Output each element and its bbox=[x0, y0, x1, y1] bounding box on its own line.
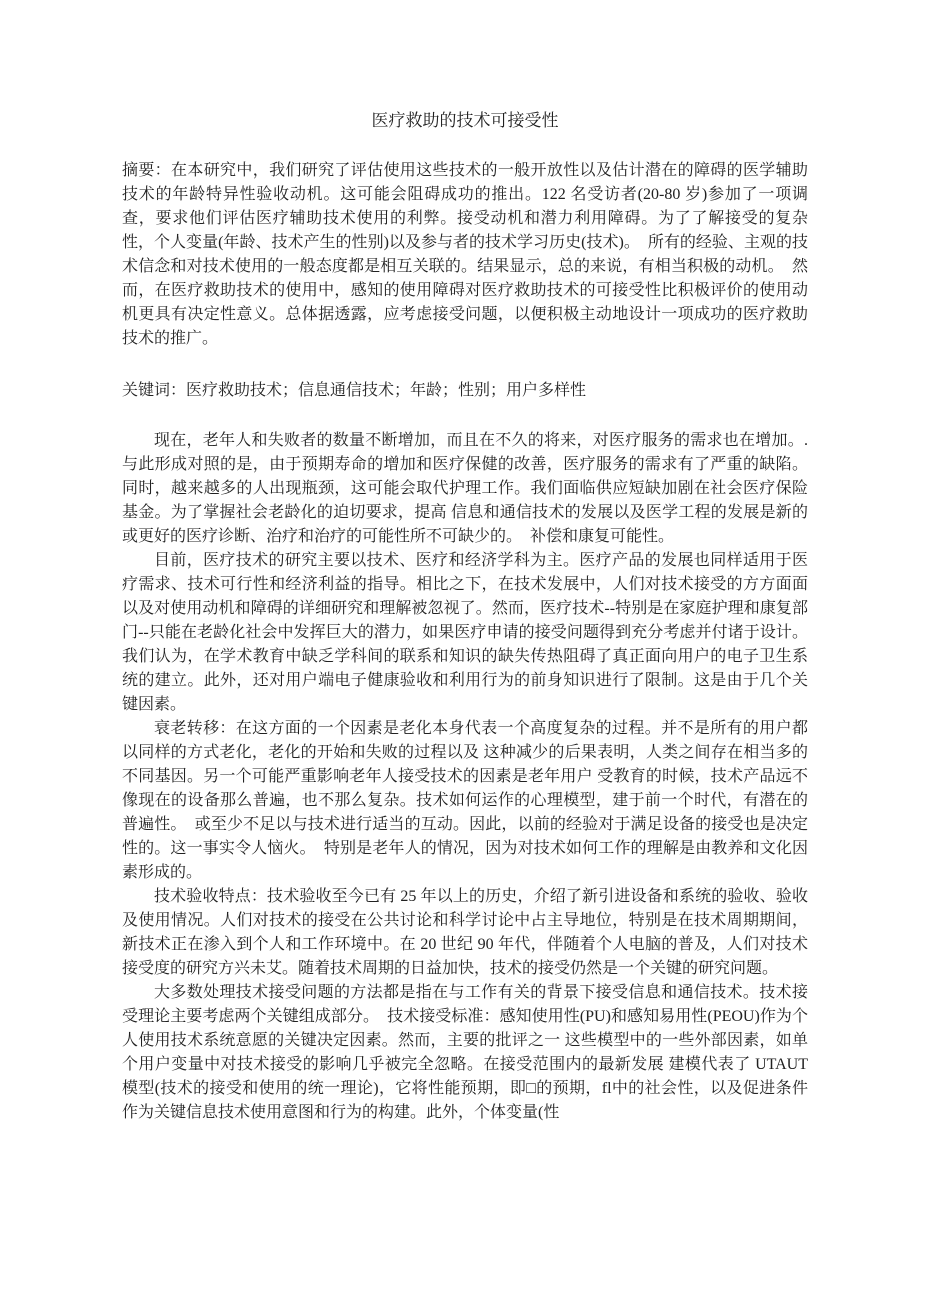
abstract-paragraph: 摘要：在本研究中，我们研究了评估使用这些技术的一般开放性以及估计潜在的障碍的医学… bbox=[122, 159, 808, 351]
body-paragraph-5: 大多数处理技术接受问题的方法都是指在与工作有关的背景下接受信息和通信技术。技术接… bbox=[122, 981, 808, 1125]
document-body: 现在，老年人和失败者的数量不断增加，而且在不久的将来，对医疗服务的需求也在增加。… bbox=[122, 429, 808, 1125]
body-paragraph-2: 目前，医疗技术的研究主要以技术、医疗和经济学科为主。医疗产品的发展也同样适用于医… bbox=[122, 549, 808, 717]
body-paragraph-1: 现在，老年人和失败者的数量不断增加，而且在不久的将来，对医疗服务的需求也在增加。… bbox=[122, 429, 808, 549]
keywords-line: 关键词：医疗救助技术；信息通信技术；年龄；性别；用户多样性 bbox=[122, 379, 808, 403]
body-paragraph-3: 衰老转移：在这方面的一个因素是老化本身代表一个高度复杂的过程。并不是所有的用户都… bbox=[122, 717, 808, 885]
body-paragraph-4: 技术验收特点：技术验收至今已有 25 年以上的历史，介绍了新引进设备和系统的验收… bbox=[122, 885, 808, 981]
document-page: 医疗救助的技术可接受性 摘要：在本研究中，我们研究了评估使用这些技术的一般开放性… bbox=[0, 0, 925, 1309]
page-title: 医疗救助的技术可接受性 bbox=[122, 109, 808, 133]
